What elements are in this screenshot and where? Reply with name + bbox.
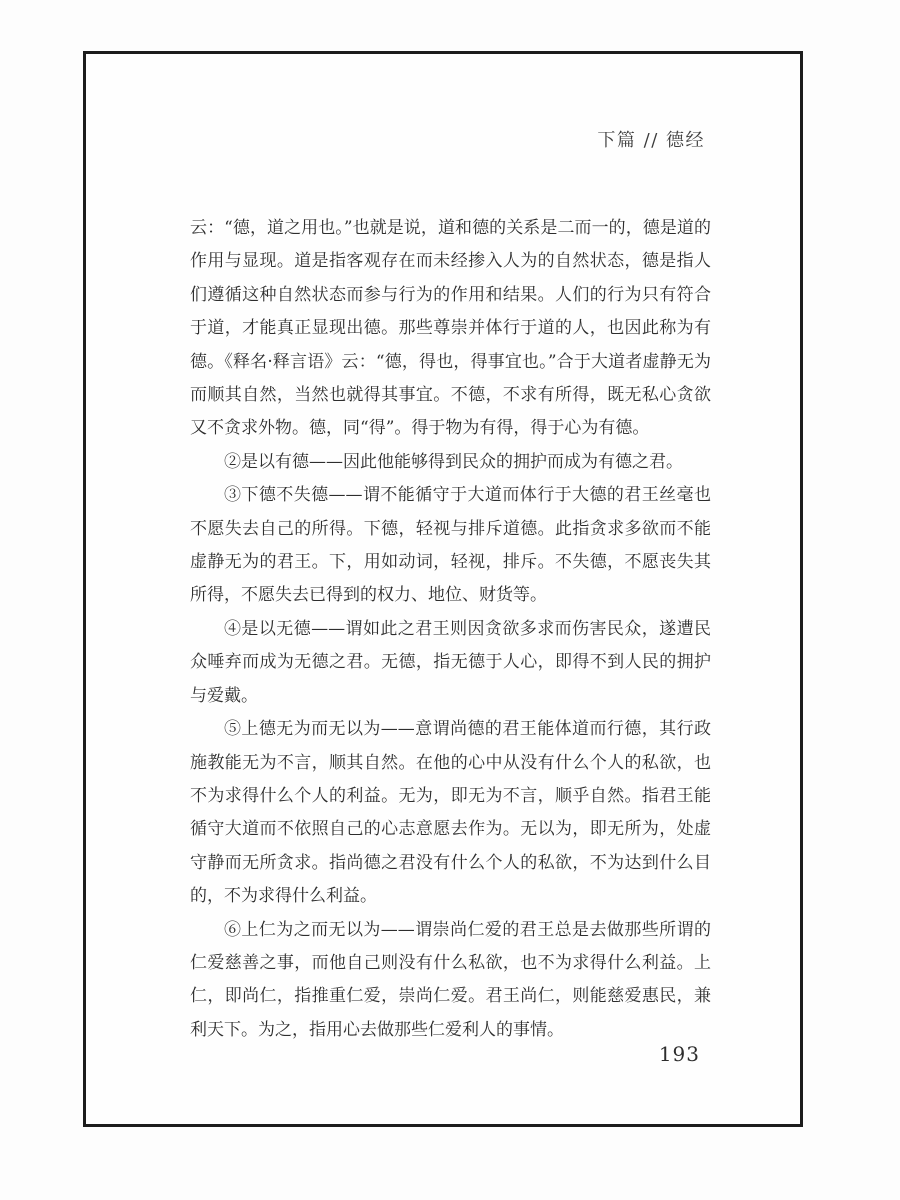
paragraph-note-4: ④是以无德——谓如此之君王则因贪欲多求而伤害民众，遂遭民众唾弃而成为无德之君。无… (190, 613, 711, 713)
page-border-frame: 下篇 // 德经 云：“德，道之用也。”也就是说，道和德的关系是二而一的，德是道… (83, 51, 803, 1127)
body-text: 云：“德，道之用也。”也就是说，道和德的关系是二而一的，德是道的作用与显现。道是… (190, 212, 711, 1047)
paragraph-note-3: ③下德不失德——谓不能循守于大道而体行于大德的君王丝毫也不愿失去自己的所得。下德… (190, 479, 711, 613)
running-head: 下篇 // 德经 (597, 126, 705, 152)
paragraph-note-2: ②是以有德——因此他能够得到民众的拥护而成为有德之君。 (190, 446, 711, 479)
paragraph-note-5: ⑤上德无为而无以为——意谓尚德的君王能体道而行德，其行政施教能无为不言，顺其自然… (190, 713, 711, 913)
page-number: 193 (659, 1042, 700, 1066)
paragraph-note-6: ⑥上仁为之而无以为——谓崇尚仁爱的君王总是去做那些所谓的仁爱慈善之事，而他自己则… (190, 914, 711, 1048)
paragraph-continuation: 云：“德，道之用也。”也就是说，道和德的关系是二而一的，德是道的作用与显现。道是… (190, 212, 711, 446)
